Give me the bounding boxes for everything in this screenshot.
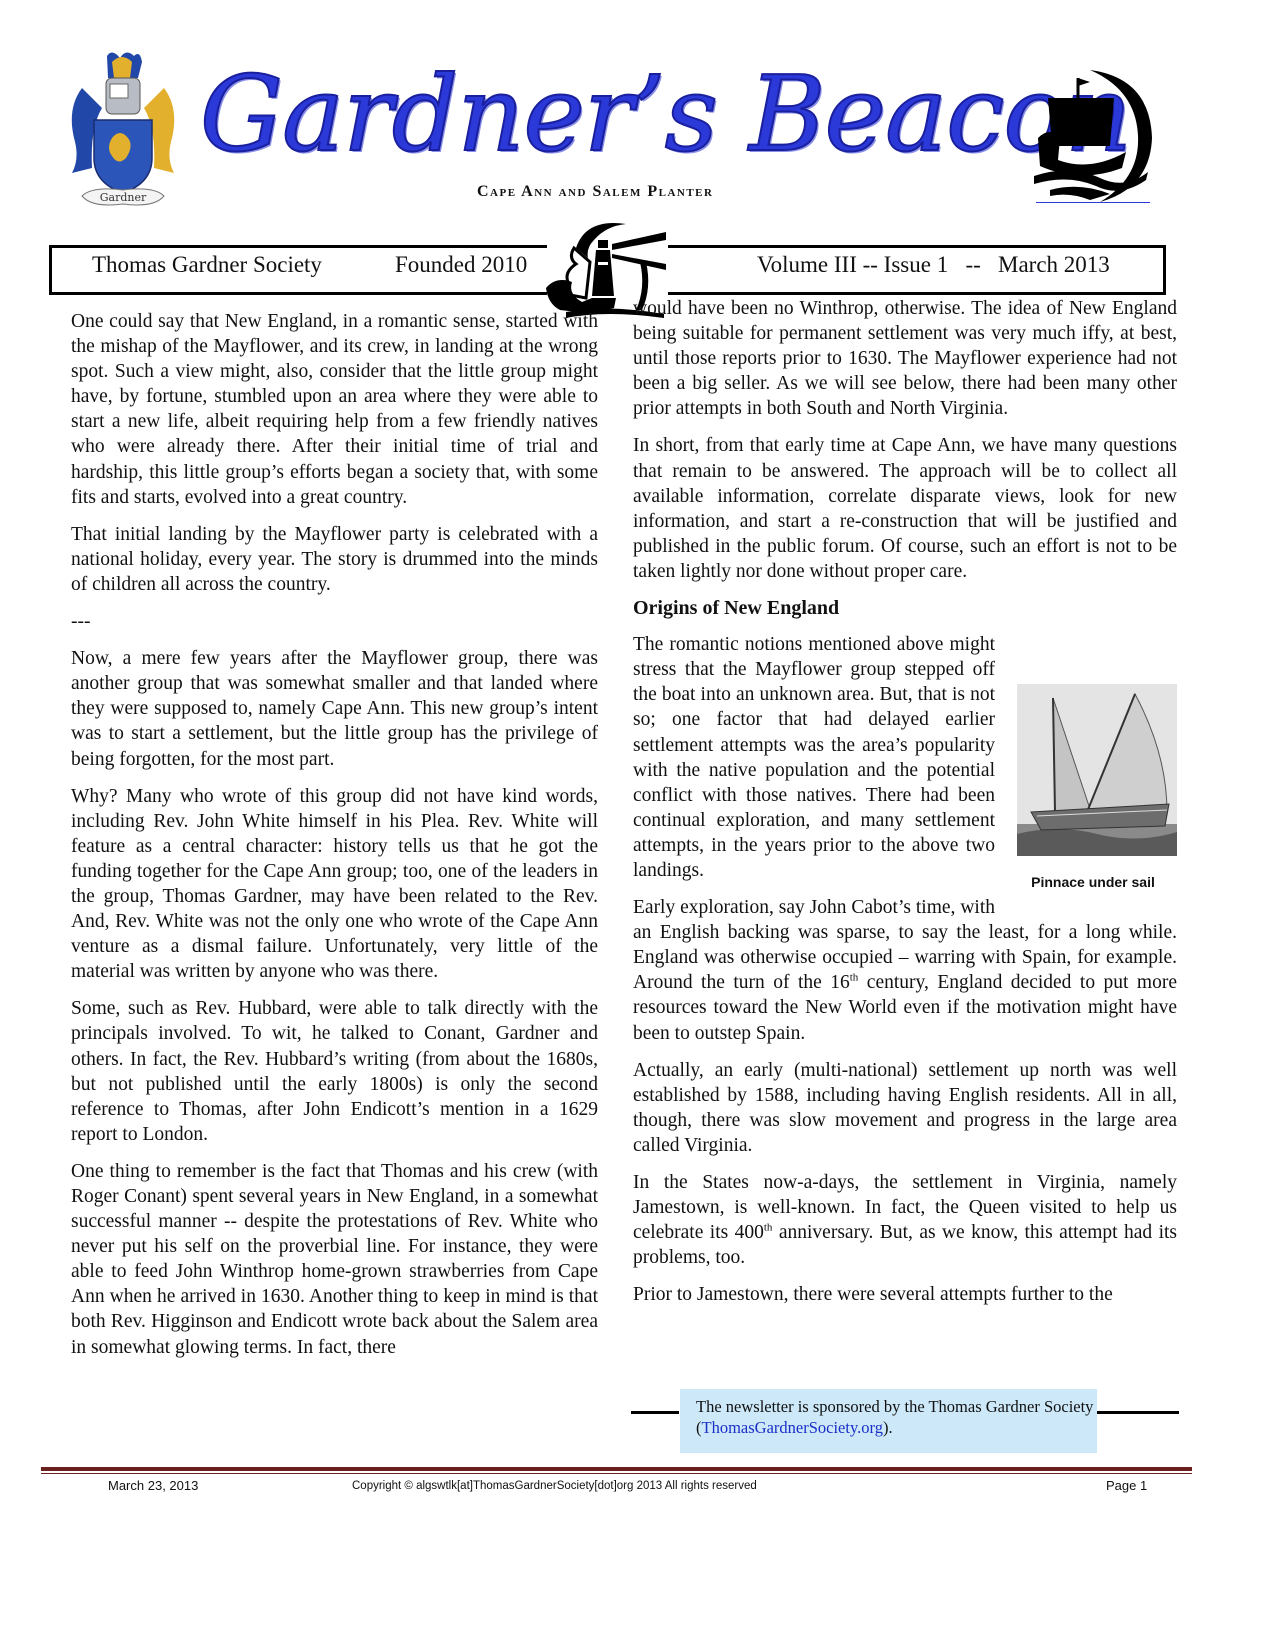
paragraph: In short, from that early time at Cape A… bbox=[633, 433, 1177, 584]
ship-logo-underline bbox=[1036, 202, 1150, 203]
gardner-coat-of-arms-icon: Gardner bbox=[62, 48, 184, 210]
section-heading: Origins of New England bbox=[633, 596, 1177, 621]
footer-rule-thin bbox=[41, 1473, 1192, 1474]
footer-date: March 23, 2013 bbox=[108, 1478, 198, 1493]
newsletter-title: Gardner’s Beacon bbox=[200, 44, 1030, 184]
paragraph: Why? Many who wrote of this group did no… bbox=[71, 784, 598, 985]
page-number: Page 1 bbox=[1106, 1478, 1147, 1493]
footer-rule bbox=[41, 1467, 1192, 1471]
sponsor-rule-right bbox=[1097, 1411, 1179, 1414]
society-name: Thomas Gardner Society bbox=[92, 252, 322, 278]
svg-text:Gardner: Gardner bbox=[100, 191, 147, 204]
paragraph: would have been no Winthrop, otherwise. … bbox=[633, 296, 1177, 421]
separator: --- bbox=[71, 609, 598, 634]
paragraph: Actually, an early (multi-national) sett… bbox=[633, 1058, 1177, 1158]
founded-year: Founded 2010 bbox=[395, 252, 527, 278]
paragraph: Early exploration, say John Cabot’s time… bbox=[633, 895, 1177, 1046]
sponsor-notice: The newsletter is sponsored by the Thoma… bbox=[680, 1389, 1097, 1453]
figure-caption: Pinnace under sail bbox=[1009, 873, 1177, 891]
article-left-column: One could say that New England, in a rom… bbox=[71, 309, 598, 1372]
pinnace-figure: Pinnace under sail bbox=[1009, 684, 1177, 891]
newsletter-subtitle: Cape Ann and Salem Planter bbox=[477, 183, 713, 201]
footer-copyright: Copyright © algswtlk[at]ThomasGardnerSoc… bbox=[352, 1480, 757, 1492]
sponsor-rule-left bbox=[631, 1411, 679, 1414]
paragraph: One thing to remember is the fact that T… bbox=[71, 1159, 598, 1360]
paragraph: One could say that New England, in a rom… bbox=[71, 309, 598, 510]
paragraph: Prior to Jamestown, there were several a… bbox=[633, 1282, 1177, 1307]
pinnace-under-sail-image bbox=[1017, 684, 1177, 856]
issue-info: Volume III -- Issue 1 -- March 2013 bbox=[757, 252, 1110, 278]
paragraph: Some, such as Rev. Hubbard, were able to… bbox=[71, 996, 598, 1147]
society-website-link[interactable]: ThomasGardnerSociety.org bbox=[702, 1418, 883, 1437]
paragraph: In the States now-a-days, the settlement… bbox=[633, 1170, 1177, 1270]
paragraph: That initial landing by the Mayflower pa… bbox=[71, 522, 598, 597]
article-right-column: would have been no Winthrop, otherwise. … bbox=[633, 296, 1177, 1319]
paragraph: Now, a mere few years after the Mayflowe… bbox=[71, 646, 598, 771]
ship-logo-icon bbox=[1030, 68, 1155, 203]
paragraph: Pinnace under sail The romantic notions … bbox=[633, 632, 1177, 883]
